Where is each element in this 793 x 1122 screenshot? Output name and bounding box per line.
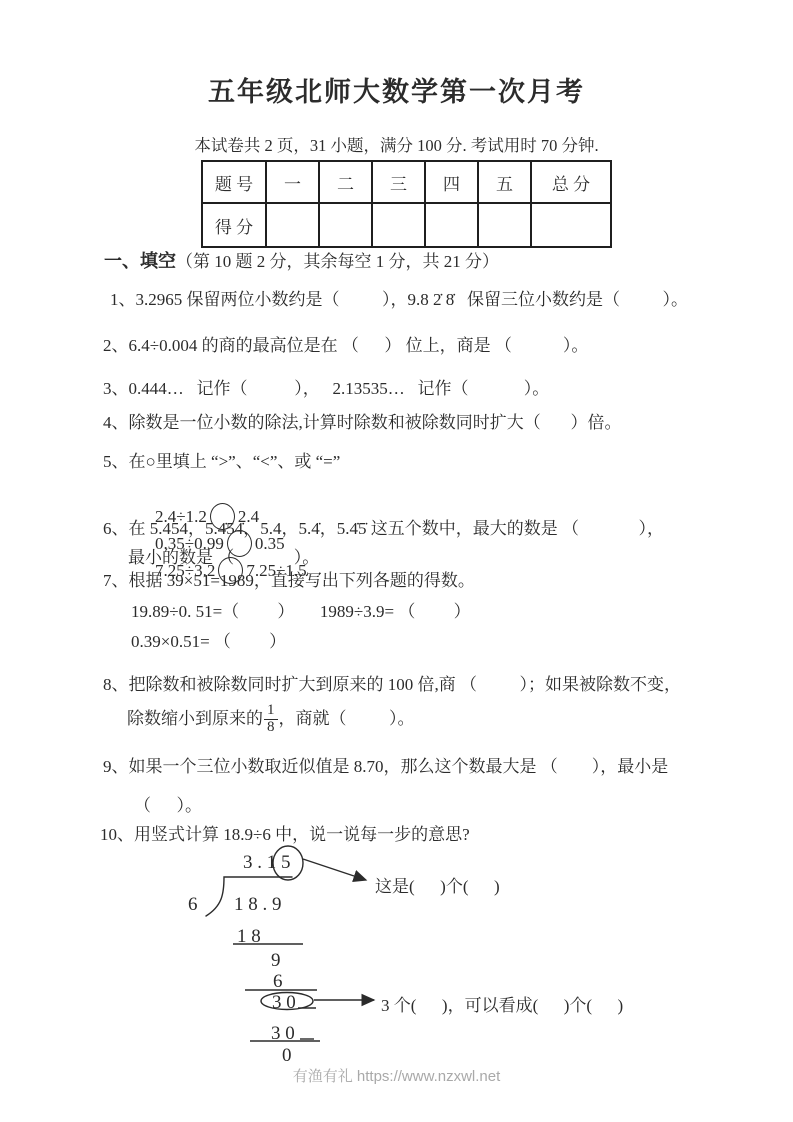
score-table-question-label: 题 号 <box>202 161 266 203</box>
question-6-line-2: 最小的数是 （ ）。 <box>128 547 319 569</box>
division-remainder: 0 <box>282 1045 292 1067</box>
question-9-line-2: （ ）。 <box>134 795 202 817</box>
division-quotient: 3 . 1 5 <box>243 852 291 874</box>
score-cell <box>478 203 531 247</box>
question-8-text-post: ，商就（ ）。 <box>279 708 415 730</box>
question-8-text-pre: 除数缩小到原来的 <box>127 708 263 730</box>
score-table-header-row: 题 号 一 二 三 四 五 总 分 <box>202 161 611 203</box>
division-step-30b: 3 0 <box>271 1023 295 1045</box>
fraction-one-eighth: 18 <box>264 703 278 736</box>
division-divisor: 6 <box>188 894 198 916</box>
score-table-col-2: 二 <box>319 161 372 203</box>
exam-info-line: 本试卷共 2 页，31 小题，满分 100 分. 考试用时 70 分钟. <box>0 132 793 156</box>
section-1-title: 一、填空 <box>104 251 176 271</box>
division-step-9: 9 <box>271 950 281 972</box>
division-dividend: 1 8 . 9 <box>234 894 282 916</box>
score-table-score-label: 得 分 <box>202 203 266 247</box>
score-table-score-row: 得 分 <box>202 203 611 247</box>
watermark-footer: 有渔有礼 https://www.nzxwl.net <box>0 1065 793 1086</box>
question-9-line-1: 9、如果一个三位小数取近似值是 8.70，那么这个数最大是 （ ），最小是 <box>103 756 668 778</box>
score-cell <box>425 203 478 247</box>
section-1-note: （第 10 题 2 分，其余每空 1 分，共 21 分） <box>176 252 499 271</box>
score-cell <box>372 203 425 247</box>
question-4: 4、除数是一位小数的除法,计算时除数和被除数同时扩大（ ）倍。 <box>103 412 622 434</box>
division-step-6: 6 <box>273 971 283 993</box>
question-7-sub-2: 0.39×0.51= （ ） <box>131 631 286 653</box>
section-1-heading: 一、填空（第 10 题 2 分，其余每空 1 分，共 21 分） <box>104 250 499 273</box>
arrow-to-annotation-1 <box>303 859 366 880</box>
question-8-line-1: 8、把除数和被除数同时扩大到原来的 100 倍,商 （ ）；如果被除数不变， <box>103 674 681 696</box>
division-annotation-2: 3 个( )，可以看成( )个( ) <box>381 991 623 1016</box>
exam-paper-page: 五年级北师大数学第一次月考 本试卷共 2 页，31 小题，满分 100 分. 考… <box>0 0 793 1122</box>
question-7-sub-1: 19.89÷0. 51=（ ） 1989÷3.9= （ ） <box>131 601 471 623</box>
score-cell <box>266 203 319 247</box>
division-annotation-1: 这是( )个( ) <box>375 872 500 897</box>
division-step-30: 3 0 <box>272 992 296 1014</box>
fraction-numerator: 1 <box>264 703 278 720</box>
score-cell <box>531 203 611 247</box>
question-5: 5、在○里填上 “>”、“<”、或 “=” <box>103 451 340 473</box>
question-1: 1、3.2965 保留两位小数约是（ ），9.8 2̇ 8̇ 保留三位小数约是（… <box>110 289 688 311</box>
score-table-col-1: 一 <box>266 161 319 203</box>
score-table-col-total: 总 分 <box>531 161 611 203</box>
score-table: 题 号 一 二 三 四 五 总 分 得 分 <box>201 160 612 248</box>
question-8-line-2: 除数缩小到原来的18，商就（ ）。 <box>127 701 415 737</box>
score-table-col-3: 三 <box>372 161 425 203</box>
score-cell <box>319 203 372 247</box>
score-table-col-4: 四 <box>425 161 478 203</box>
page-title: 五年级北师大数学第一次月考 <box>0 70 793 109</box>
question-3: 3、0.444… 记作（ ）， 2.13535… 记作（ ）。 <box>103 378 549 400</box>
question-7: 7、根据 39×51=1989，直接写出下列各题的得数。 <box>103 570 475 592</box>
question-6-line-1: 6、在 5.454，5.4̇54̇，5.4，5.4̇，5.4̇5̇ 这五个数中，… <box>103 518 664 540</box>
fraction-denominator: 8 <box>267 720 275 736</box>
score-table-col-5: 五 <box>478 161 531 203</box>
question-2: 2、6.4÷0.004 的商的最高位是在 （ ） 位上，商是 （ ）。 <box>103 335 588 357</box>
division-step-18: 1 8 <box>237 926 261 948</box>
